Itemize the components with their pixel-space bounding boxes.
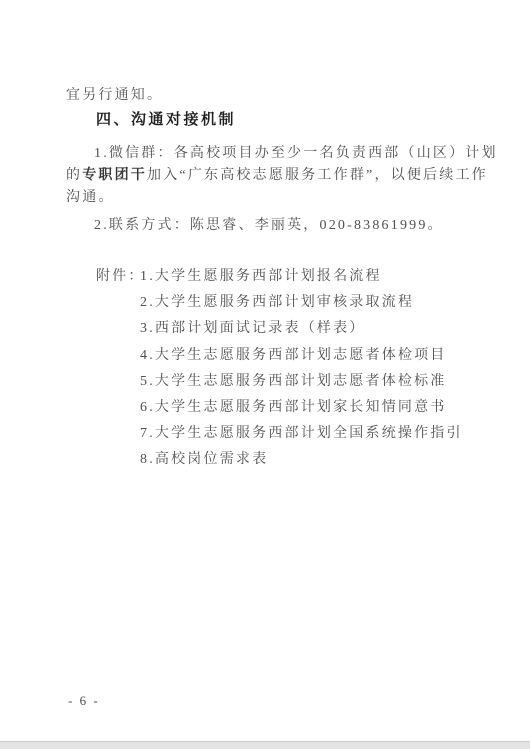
attachment-item: 1.大学生愿服务西部计划报名流程 <box>140 264 463 290</box>
attachment-item: 5.大学生志愿服务西部计划志愿者体检标准 <box>140 369 463 395</box>
attachment-item: 8.高校岗位需求表 <box>140 447 463 473</box>
text-line: 1.微信群：各高校项目办至少一名负责西部（山区）计划 <box>66 143 498 165</box>
text-line: 的专职团干加入“广东高校志愿服务工作群”，以便后续工作 <box>66 165 498 187</box>
attachment-item: 7.大学生志愿服务西部计划全国系统操作指引 <box>140 421 463 447</box>
attachments-label: 附件： <box>96 264 145 290</box>
paragraph-continuation-line: 宜另行通知。 <box>66 85 163 107</box>
page-bottom-edge <box>0 741 530 749</box>
text-segment: 加入“广东高校志愿服务工作群”，以便后续工作 <box>147 168 488 183</box>
attachments-list: 1.大学生愿服务西部计划报名流程 2.大学生愿服务西部计划审核录取流程 3.西部… <box>140 264 463 474</box>
page-number: - 6 - <box>68 694 100 708</box>
text-line: 沟通。 <box>66 187 498 209</box>
paragraph-contact-info: 2.联系方式：陈思睿、李丽英，020-83861999。 <box>66 215 444 237</box>
bold-emphasis-text: 专职团干 <box>82 168 147 183</box>
attachment-item: 4.大学生志愿服务西部计划志愿者体检项目 <box>140 343 463 369</box>
section-heading: 四、沟通对接机制 <box>96 109 236 131</box>
attachment-item: 2.大学生愿服务西部计划审核录取流程 <box>140 290 463 316</box>
attachments-block: 附件： 1.大学生愿服务西部计划报名流程 2.大学生愿服务西部计划审核录取流程 … <box>96 264 463 474</box>
text-segment: 沟通。 <box>66 190 115 205</box>
paragraph-wechat-group: 1.微信群：各高校项目办至少一名负责西部（山区）计划 的专职团干加入“广东高校志… <box>66 143 498 209</box>
text-segment: 的 <box>66 168 82 183</box>
attachment-item: 3.西部计划面试记录表（样表） <box>140 316 463 342</box>
attachment-item: 6.大学生志愿服务西部计划家长知情同意书 <box>140 395 463 421</box>
document-page: 宜另行通知。 四、沟通对接机制 1.微信群：各高校项目办至少一名负责西部（山区）… <box>0 0 530 749</box>
text-segment: 1.微信群：各高校项目办至少一名负责西部（山区）计划 <box>94 146 498 161</box>
